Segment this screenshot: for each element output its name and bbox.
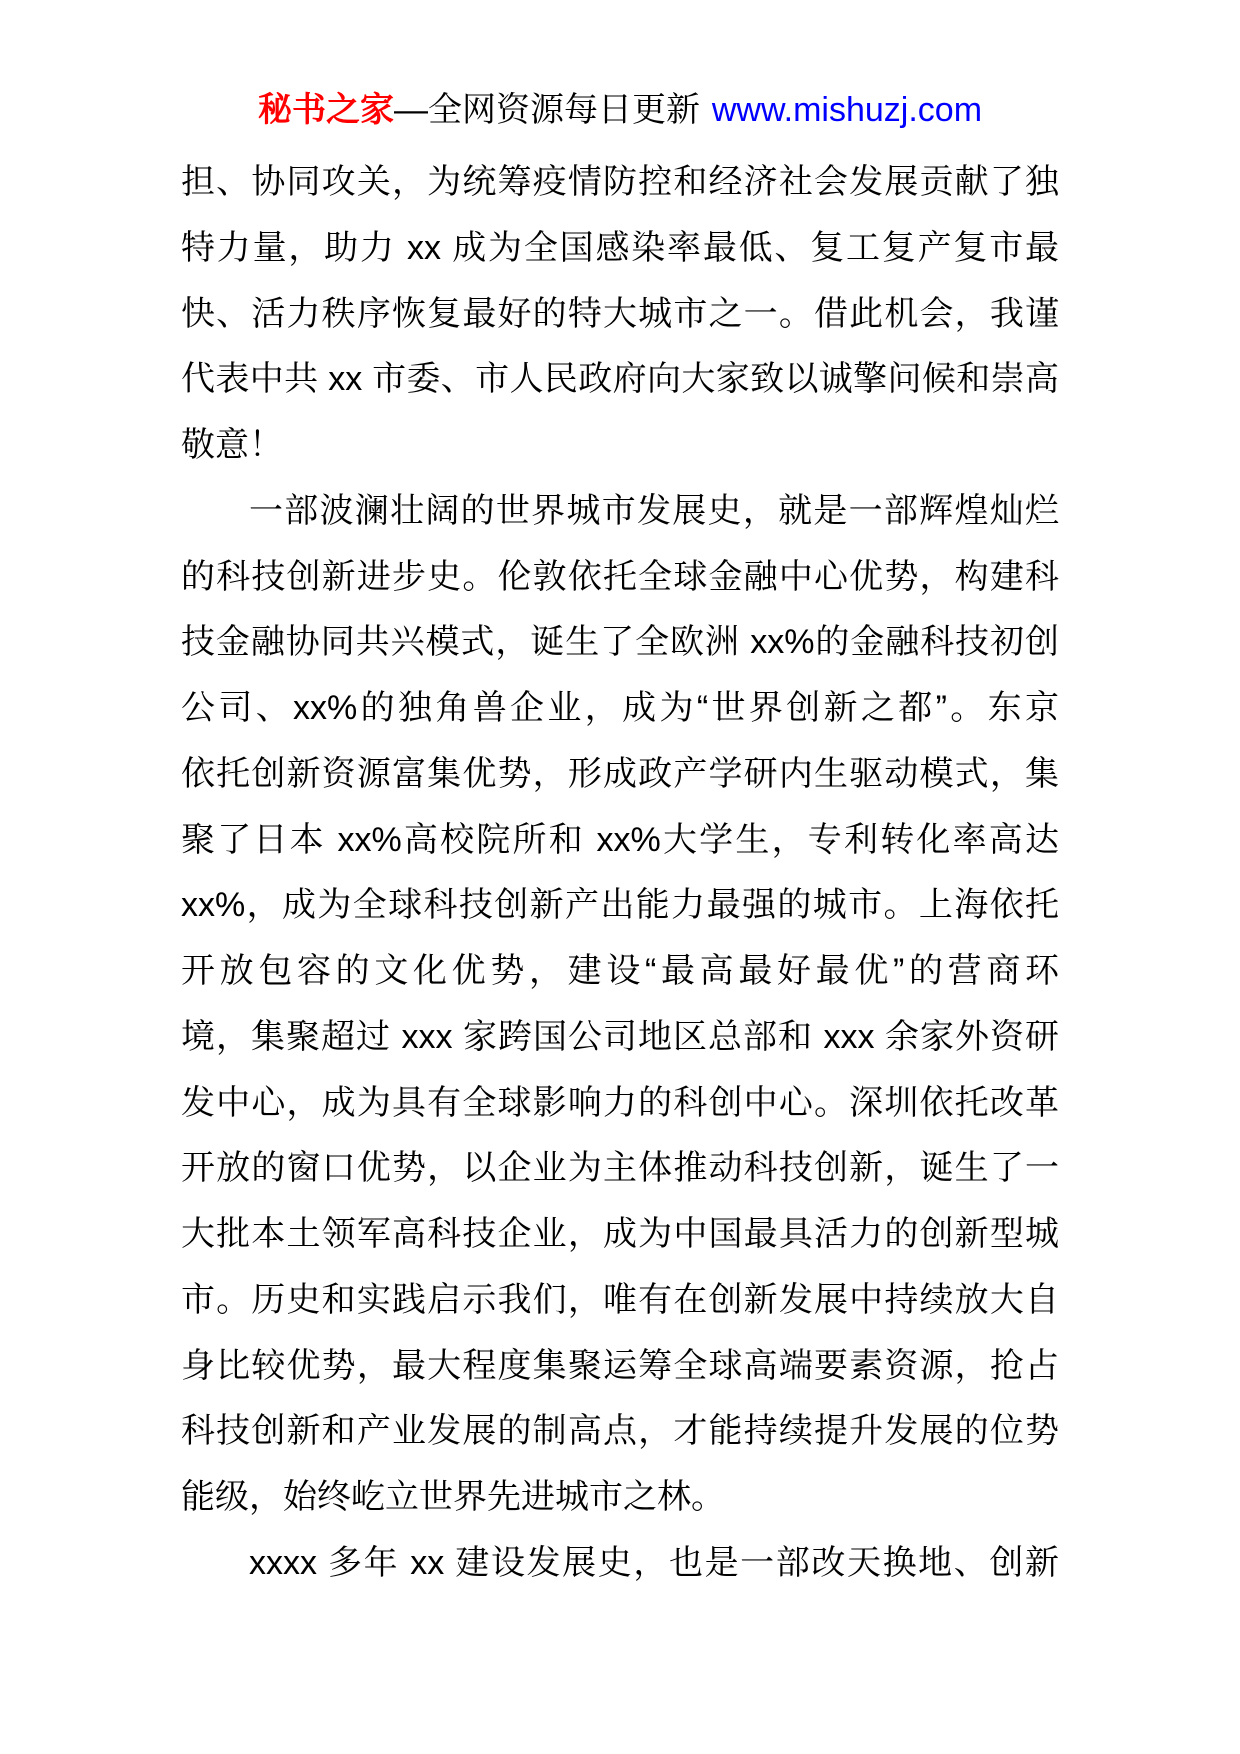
doc-line: 技金融协同共兴模式，诞生了全欧洲 xx%的金融科技初创 — [181, 610, 1059, 676]
doc-line: 公司、xx%的独角兽企业，成为“世界创新之都”。东京 — [181, 676, 1059, 742]
doc-line: 开放包容的文化优势，建设“最高最好最优”的营商环 — [181, 939, 1059, 1005]
doc-line: 市。历史和实践启示我们，唯有在创新发展中持续放大自 — [181, 1268, 1059, 1334]
doc-line: 开放的窗口优势，以企业为主体推动科技创新，诞生了一 — [181, 1136, 1059, 1202]
doc-line: 敬意！ — [181, 413, 1059, 479]
doc-line: 境，集聚超过 xxx 家跨国公司地区总部和 xxx 余家外资研 — [181, 1005, 1059, 1071]
doc-line: 身比较优势，最大程度集聚运筹全球高端要素资源，抢占 — [181, 1334, 1059, 1400]
doc-line: 发中心，成为具有全球影响力的科创中心。深圳依托改革 — [181, 1071, 1059, 1137]
doc-line: 的科技创新进步史。伦敦依托全球金融中心优势，构建科 — [181, 545, 1059, 611]
doc-line: 聚了日本 xx%高校院所和 xx%大学生，专利转化率高达 — [181, 808, 1059, 874]
page-header: 秘书之家—全网资源每日更新www.mishuzj.com — [0, 86, 1240, 134]
doc-line: 科技创新和产业发展的制高点，才能持续提升发展的位势 — [181, 1399, 1059, 1465]
doc-line: 特力量，助力 xx 成为全国感染率最低、复工复产复市最 — [181, 216, 1059, 282]
doc-line: 快、活力秩序恢复最好的特大城市之一。借此机会，我谨 — [181, 282, 1059, 348]
doc-line: 担、协同攻关，为统筹疫情防控和经济社会发展贡献了独 — [181, 150, 1059, 216]
header-tagline: 全网资源每日更新 — [428, 91, 700, 129]
doc-line: 大批本土领军高科技企业，成为中国最具活力的创新型城 — [181, 1202, 1059, 1268]
header-dash: — — [394, 91, 428, 129]
doc-line: xxxx 多年 xx 建设发展史，也是一部改天换地、创新 — [181, 1531, 1059, 1597]
document-body: 担、协同攻关，为统筹疫情防控和经济社会发展贡献了独特力量，助力 xx 成为全国感… — [181, 150, 1059, 1597]
doc-line: 代表中共 xx 市委、市人民政府向大家致以诚擎问候和崇高 — [181, 347, 1059, 413]
doc-line: 能级，始终屹立世界先进城市之林。 — [181, 1465, 1059, 1531]
doc-line: xx%，成为全球科技创新产出能力最强的城市。上海依托 — [181, 873, 1059, 939]
doc-line: 一部波澜壮阔的世界城市发展史，就是一部辉煌灿烂 — [181, 479, 1059, 545]
document-page: 秘书之家—全网资源每日更新www.mishuzj.com 担、协同攻关，为统筹疫… — [0, 0, 1240, 1754]
site-brand: 秘书之家 — [258, 91, 394, 129]
doc-line: 依托创新资源富集优势，形成政产学研内生驱动模式，集 — [181, 742, 1059, 808]
site-url-link[interactable]: www.mishuzj.com — [712, 91, 982, 129]
